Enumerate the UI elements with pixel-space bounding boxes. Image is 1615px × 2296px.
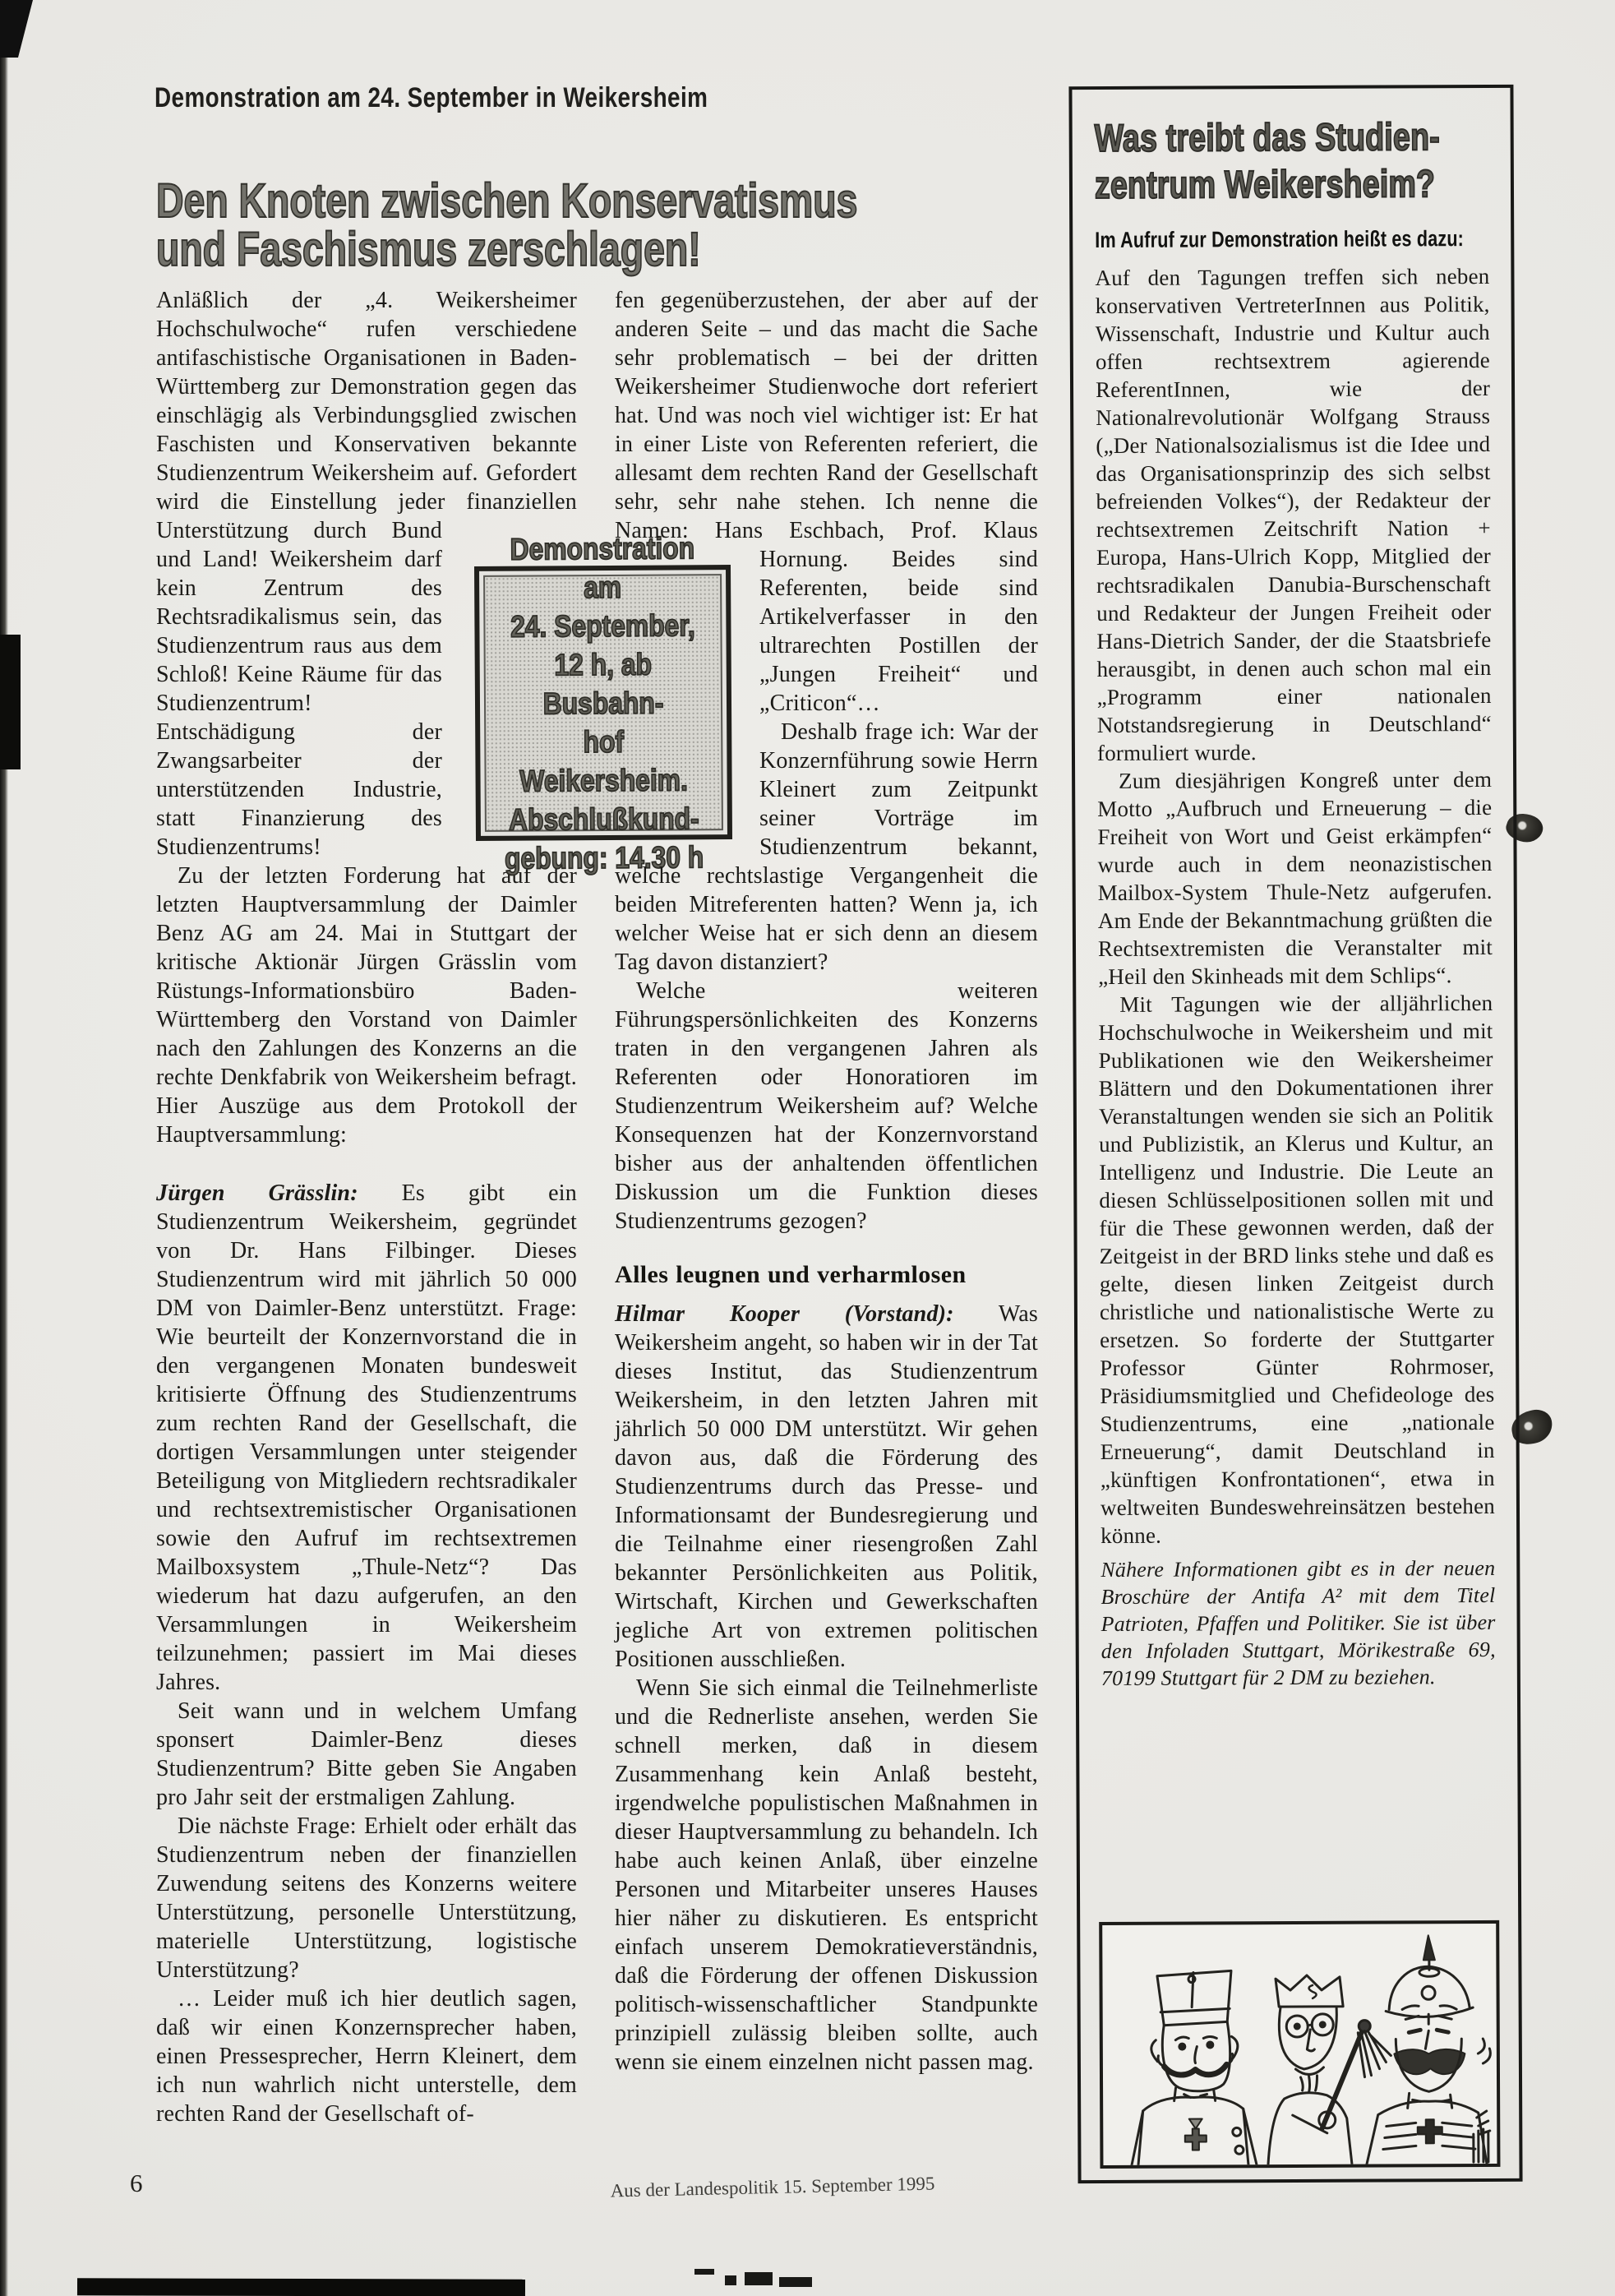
paragraph-text: Was Weikersheim angeht, so haben wir in … (615, 1301, 1038, 1672)
sidebar-title-line-2: zentrum Weikersheim? (1095, 159, 1410, 208)
cartoon-drawing (1102, 1924, 1497, 2165)
paragraph: Jürgen Grässlin: Es gibt ein Studienzent… (156, 1179, 577, 1697)
section-subhead: Alles leugnen und verharmlosen (615, 1260, 1038, 1290)
sidebar-title: Was treibt das Studien- zentrum Weikersh… (1095, 113, 1489, 208)
scan-mark (745, 2272, 773, 2285)
paragraph: Welche weiteren Führungspersönlichkeiten… (615, 977, 1038, 1236)
cartoon-illustration (1099, 1920, 1500, 2169)
scan-mark (725, 2275, 736, 2285)
paragraph-text: und Land! Weikersheim darf kein Zentrum … (156, 547, 442, 860)
scan-mark (694, 2269, 714, 2275)
info-note: Nähere Informationen gibt es in der neue… (1101, 1555, 1496, 1692)
sidebar-title-line-1: Was treibt das Studien- (1095, 113, 1410, 161)
scanned-magazine-page: Demonstration am 24. September in Weiker… (0, 0, 1615, 2296)
paragraph: Zum diesjährigen Kongreß unter dem Motto… (1097, 765, 1493, 991)
footer-credit: Aus der Landespolitik 15. September 1995 (575, 2173, 970, 2203)
paragraph: Seit wann und in welchem Umfang sponsert… (156, 1697, 577, 1812)
sidebar-lead-text: Im Aufruf zur Demonstration heißt es daz… (1095, 224, 1464, 254)
paragraph-text: Es gibt ein Studienzentrum Weikersheim, … (156, 1180, 577, 1695)
sidebar-lead: Im Aufruf zur Demonstration heißt es daz… (1095, 224, 1489, 254)
paragraph-text: Klaus Hornung. Beides sind Referenten, b… (759, 518, 1038, 716)
scan-bar-bottom (77, 2278, 525, 2296)
scan-edge-left (0, 0, 8, 2296)
article-column-2: fen gegenüberzustehen, der aber auf der … (615, 286, 1038, 2077)
kicker-text: Demonstration am 24. September in Weiker… (155, 82, 708, 114)
headline-line-2: und Faschismus zerschlagen! (156, 225, 857, 274)
paragraph-text: Anläßlich der „4. Weikersheimer Hochschu… (156, 288, 577, 543)
paragraph: Zu der letzten Forderung hat auf der let… (156, 862, 577, 1149)
sidebar-box: Was treibt das Studien- zentrum Weikersh… (1068, 85, 1522, 2183)
scan-mark (779, 2277, 812, 2287)
speaker-name: Jürgen Grässlin: (156, 1180, 358, 1206)
paragraph: Die nächste Frage: Erhielt oder erhält d… (156, 1812, 577, 1984)
paragraph: Mit Tagungen wie der alljährlichen Hochs… (1098, 989, 1495, 1550)
scan-bar-left (0, 635, 21, 769)
callout-cutout-spacer (615, 545, 746, 834)
kicker: Demonstration am 24. September in Weiker… (155, 82, 829, 114)
headline-line-1: Den Knoten zwischen Konservatismus (156, 177, 857, 225)
paragraph-text: fen gegenüberzustehen, der aber auf der … (615, 288, 1038, 543)
speaker-name: Hilmar Kooper (Vorstand): (615, 1301, 954, 1327)
page-number: 6 (130, 2169, 143, 2198)
paragraph: Hilmar Kooper (Vorstand): Was Weikershei… (615, 1300, 1038, 1674)
paragraph: fen gegenüberzustehen, der aber auf der … (615, 286, 1038, 718)
paragraph: … Leider muß ich hier deutlich sagen, da… (156, 1984, 577, 2128)
paragraph: Wenn Sie sich einmal die Teilnehmerliste… (615, 1674, 1038, 2077)
page-title: Den Knoten zwischen Konservatismus und F… (156, 177, 1033, 274)
scan-corner-artifact (0, 0, 33, 58)
paragraph: Auf den Tagungen treffen sich neben kons… (1095, 262, 1492, 767)
